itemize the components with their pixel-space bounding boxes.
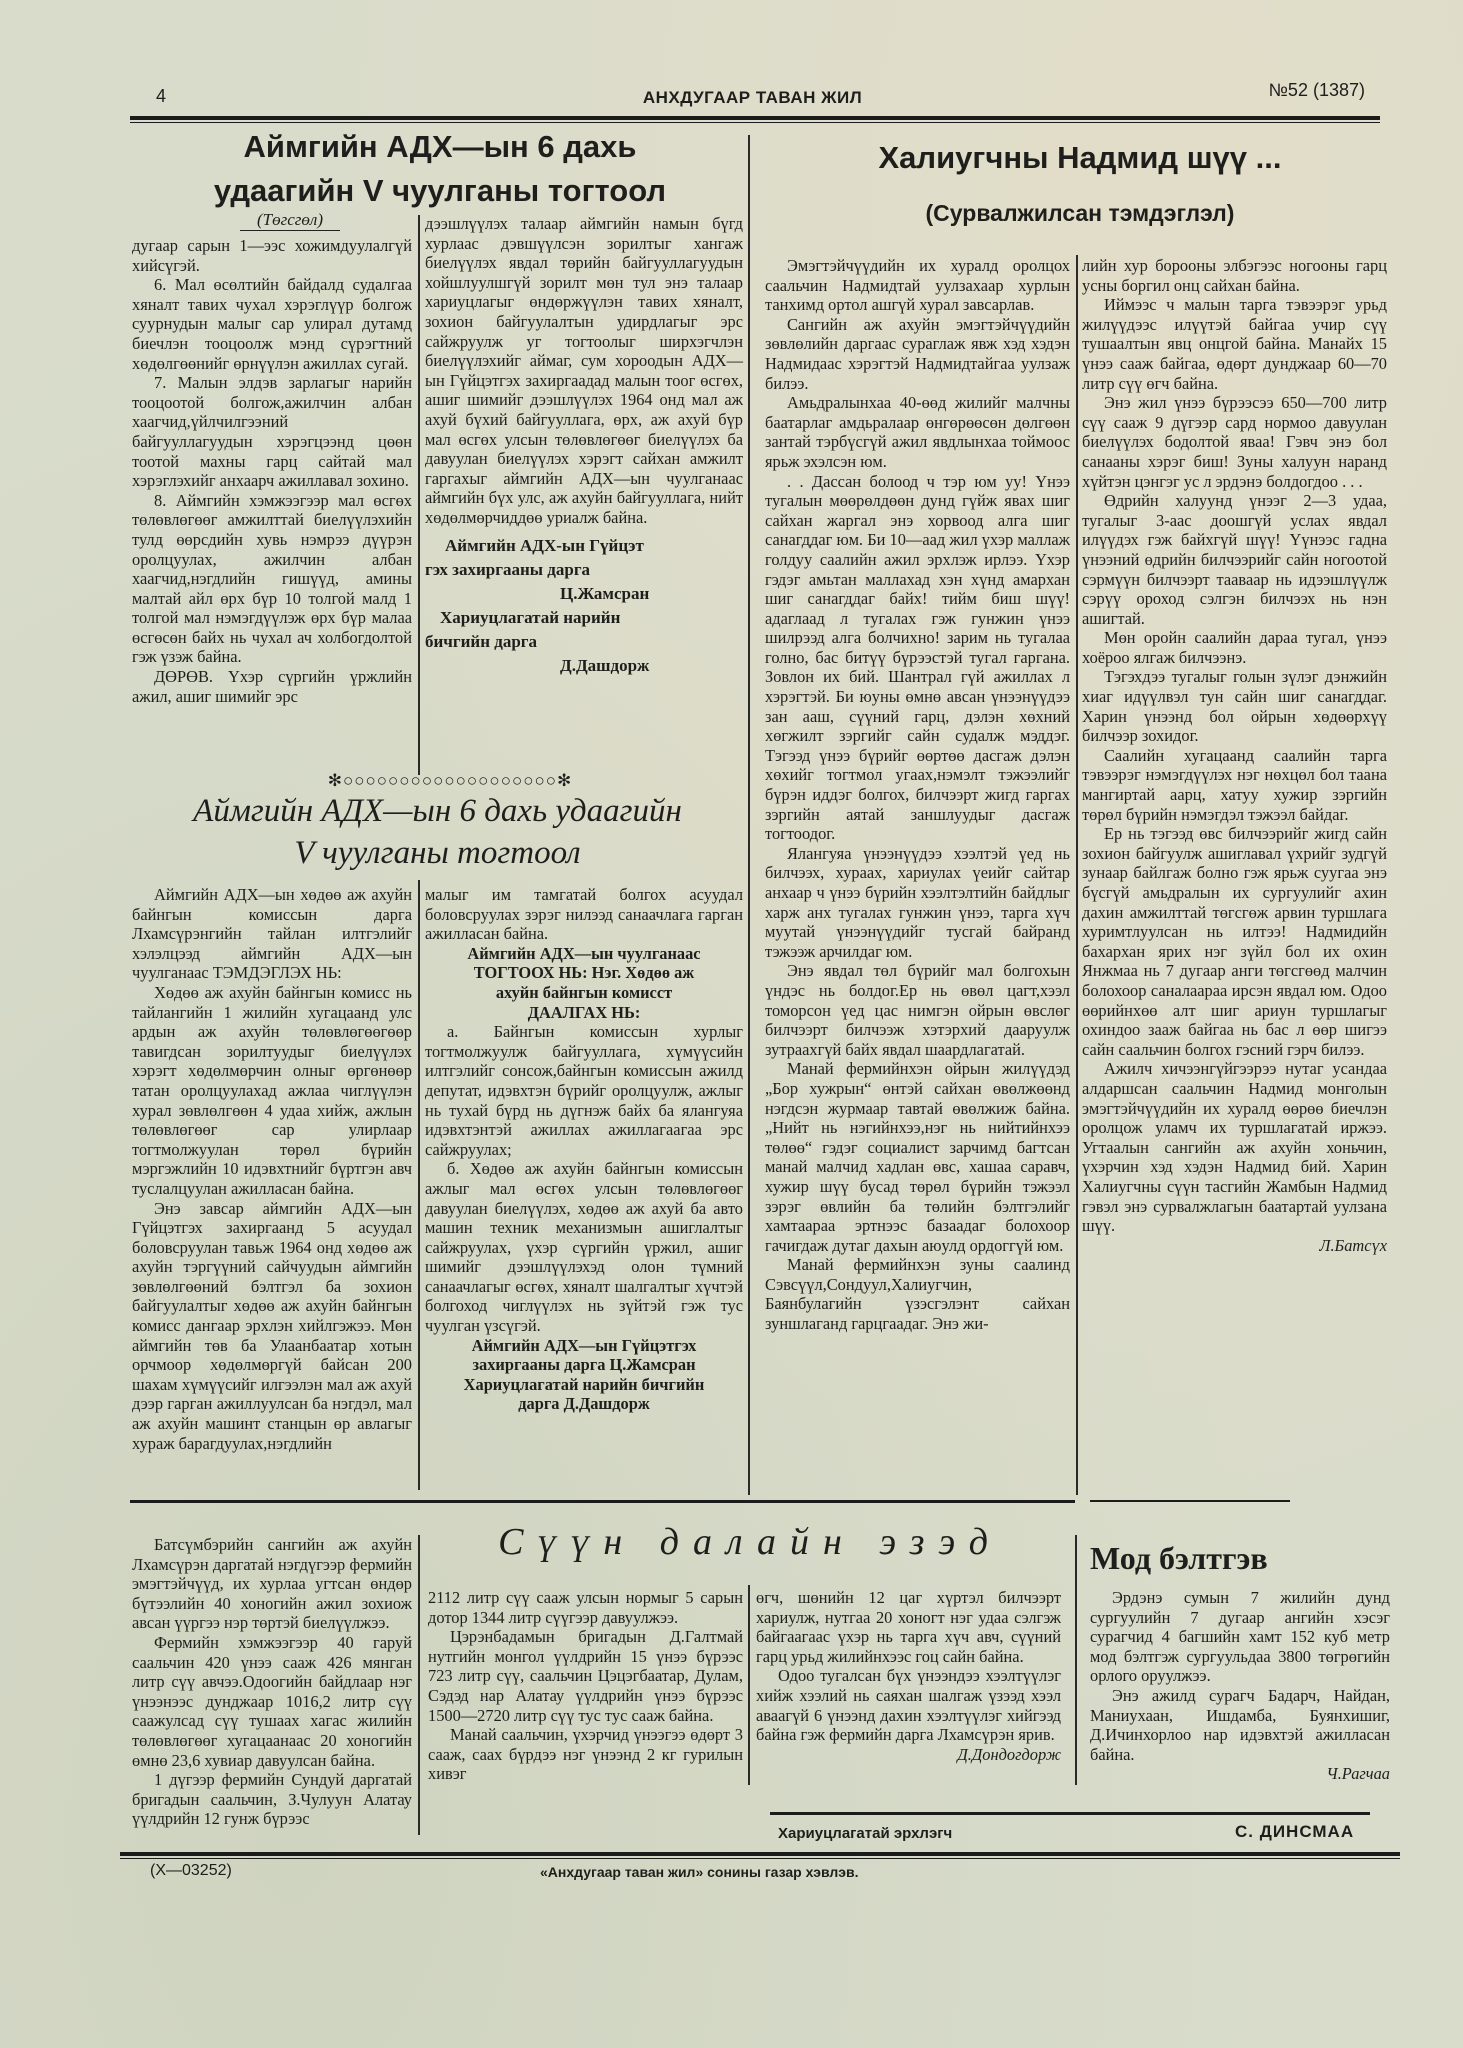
- article-column: 2112 литр сүү сааж улсын нормыг 5 сарын …: [428, 1588, 743, 1784]
- author-byline: Ч.Рагчаа: [1090, 1764, 1390, 1784]
- signature-name: Д.Дашдорж: [425, 654, 743, 678]
- issue-number: №52 (1387): [1269, 80, 1365, 101]
- title-line: удаагийн V чуулганы тогтоол: [135, 169, 745, 213]
- ornament-divider: ✻○○○○○○○○○○○○○○○○○○○✻: [260, 771, 640, 791]
- article-column: Эмэгтэйчүүдийн их хуралд оролцох саальчи…: [765, 256, 1070, 1334]
- signature-line: Аймгийн АДХ—ын Гүйцэтгэх: [425, 1336, 743, 1356]
- header-rule-thin: [130, 122, 1380, 123]
- signature-title: бичгийн дарга: [425, 630, 743, 654]
- heading-line: ДААЛГАХ НЬ:: [425, 1003, 743, 1023]
- newspaper-name: АНХДУГААР ТАВАН ЖИЛ: [140, 88, 1365, 108]
- signature-title: гэх захиргааны дарга: [425, 558, 743, 582]
- paragraph: Энэ завсар аймгийн АДХ—ын Гүйцэтгэх захи…: [132, 1199, 412, 1454]
- article-title: Халиугчны Надмид шүү ...: [760, 140, 1400, 176]
- paragraph: ДӨРӨВ. Үхэр сүргийн үржлийн ажил, ашиг ш…: [132, 667, 412, 706]
- paragraph: Манай фермийнхэн зуны саалинд Сэвсүүл,Со…: [765, 1255, 1070, 1333]
- signature-title: Хариуцлагатай нарийн: [425, 606, 743, 630]
- footer-rule-thin: [120, 1858, 1400, 1859]
- column-divider: [748, 1585, 750, 1785]
- paragraph: Одоо тугалсан бүх үнээндээ хээлтүүлэг хи…: [756, 1666, 1061, 1744]
- paragraph: Фермийн хэмжээгээр 40 гаруй саальчин 420…: [132, 1633, 412, 1770]
- paragraph: Тэгэхдээ тугалыг голын зүлэг дэнжийн хиа…: [1082, 667, 1387, 745]
- continuation-label: (Төгсгөл): [240, 210, 340, 231]
- article-subtitle: (Сурвалжилсан тэмдэглэл): [760, 200, 1400, 227]
- heading-line: ТОГТООХ НЬ: Нэг. Хөдөө аж: [425, 963, 743, 983]
- paragraph: Сангийн аж ахуйн эмэгтэйчүүдийн зөвлөлий…: [765, 315, 1070, 393]
- paragraph: Эмэгтэйчүүдийн их хуралд оролцох саальчи…: [765, 256, 1070, 315]
- article-column: өгч, шөнийн 12 цаг хүртэл билчээрт хариу…: [756, 1588, 1061, 1764]
- paragraph: Энэ жил үнээ бүрээсээ 650—700 литр сүү с…: [1082, 393, 1387, 491]
- section-rule: [1090, 1500, 1290, 1502]
- paragraph: өгч, шөнийн 12 цаг хүртэл билчээрт хариу…: [756, 1588, 1061, 1666]
- paragraph: Амьдралынхаа 40-өөд жилийг малчны баатар…: [765, 393, 1070, 471]
- signature-title: Аймгийн АДХ-ын Гүйцэт: [425, 534, 743, 558]
- article-column: лийн хур борооны элбэгээс ногооны гарц у…: [1082, 256, 1387, 1255]
- column-divider: [1076, 255, 1078, 1495]
- paragraph: Ер нь тэгээд өвс билчээрийг жигд сайн зо…: [1082, 824, 1387, 1059]
- heading-line: Аймгийн АДХ—ын чуулганаас: [425, 944, 743, 964]
- article-column: дугаар сарын 1—ээс хожимдуулалгүй хийсүг…: [132, 236, 412, 706]
- article-column: Эрдэнэ сумын 7 жилийн дунд сургуулийн 7 …: [1090, 1588, 1390, 1784]
- footer-rule: [120, 1852, 1400, 1856]
- signature-name: Ц.Жамсран: [425, 582, 743, 606]
- column-divider: [418, 1535, 420, 1835]
- signature-line: захиргааны дарга Ц.Жамсран: [425, 1355, 743, 1375]
- paragraph: Ажилч хичээнгүйгээрээ нутаг усандаа алда…: [1082, 1059, 1387, 1235]
- order-code: (Х—03252): [150, 1862, 232, 1880]
- editor-label: Хариуцлагатай эрхлэгч: [778, 1825, 952, 1842]
- article-column: Батсүмбэрийн сангийн аж ахуйн Лхамсүрэн …: [132, 1535, 412, 1829]
- article-column: малыг им тамгатай болгох асуудал боловср…: [425, 885, 743, 1414]
- paragraph: лийн хур борооны элбэгээс ногооны гарц у…: [1082, 256, 1387, 295]
- paragraph: Эрдэнэ сумын 7 жилийн дунд сургуулийн 7 …: [1090, 1588, 1390, 1686]
- section-rule: [130, 1500, 1075, 1503]
- paragraph: 1 дүгээр фермийн Сундуй даргатай бригады…: [132, 1770, 412, 1829]
- article-column: дээшлүүлэх талаар аймгийн намын бүгд хур…: [425, 214, 743, 678]
- paragraph: Энэ явдал төл бүрийг мал болгохын үндэс …: [765, 961, 1070, 1059]
- article-title: Сүүн далайн эзэд: [430, 1520, 1070, 1564]
- resolution-item: а. Байнгын комиссын хурлыг тогтмолжуулж …: [425, 1022, 743, 1159]
- paragraph: Аймгийн АДХ—ын хөдөө аж ахуйн байнгын ко…: [132, 885, 412, 983]
- paragraph: Манай саальчин, үхэрчид үнээгээ өдөрт 3 …: [428, 1725, 743, 1784]
- title-line: Аймгийн АДХ—ын 6 дахь удаагийн: [130, 790, 745, 832]
- header-rule: [130, 116, 1380, 120]
- paragraph: малыг им тамгатай болгох асуудал боловср…: [425, 885, 743, 944]
- paragraph: дугаар сарын 1—ээс хожимдуулалгүй хийсүг…: [132, 236, 412, 275]
- paragraph: 6. Мал өсөлтийн байдалд судалгаа хяналт …: [132, 275, 412, 373]
- heading-line: ахуйн байнгын комисст: [425, 983, 743, 1003]
- signature-block: Аймгийн АДХ—ын Гүйцэтгэх захиргааны дарг…: [425, 1336, 743, 1414]
- title-line: Аймгийн АДХ—ын 6 дахь: [135, 125, 745, 169]
- title-line: V чуулганы тогтоол: [130, 832, 745, 874]
- column-divider: [418, 215, 420, 775]
- paragraph: Мөн оройн саалийн дараа тугал, үнээ хоёр…: [1082, 628, 1387, 667]
- paragraph: Манай фермийнхэн ойрын жилүүдэд „Бор хуж…: [765, 1059, 1070, 1255]
- article-title: Мод бэлтгэв: [1090, 1540, 1370, 1577]
- column-divider: [418, 880, 420, 1490]
- article-title: Аймгийн АДХ—ын 6 дахь удаагийн V чуулган…: [135, 125, 745, 213]
- editor-rule: [770, 1812, 1370, 1815]
- paragraph: Иймээс ч малын тарга тэвээрэг урьд жилүү…: [1082, 295, 1387, 393]
- masthead: 4 АНХДУГААР ТАВАН ЖИЛ №52 (1387): [140, 80, 1365, 114]
- signature-block: Аймгийн АДХ-ын Гүйцэт гэх захиргааны дар…: [425, 534, 743, 678]
- paragraph: Энэ ажилд сурагч Бадарч, Найдан, Маниуха…: [1090, 1686, 1390, 1764]
- column-divider: [748, 135, 750, 1495]
- paragraph: Ялангуяа үнээнүүдээ хээлтэй үед нь билчэ…: [765, 844, 1070, 962]
- printer-credit: «Анхдугаар таван жил» сонины газар хэвлэ…: [540, 1864, 859, 1880]
- paragraph: Цэрэнбадамын бригадын Д.Галтмай нутгийн …: [428, 1627, 743, 1725]
- paragraph: 2112 литр сүү сааж улсын нормыг 5 сарын …: [428, 1588, 743, 1627]
- column-divider: [1075, 1535, 1077, 1785]
- resolution-item: б. Хөдөө аж ахуйн байнгын комиссын ажлыг…: [425, 1159, 743, 1335]
- paragraph: 8. Аймгийн хэмжээгээр мал өсгөх төлөвлөг…: [132, 491, 412, 667]
- signature-line: дарга Д.Дашдорж: [425, 1394, 743, 1414]
- resolution-heading: Аймгийн АДХ—ын чуулганаас ТОГТООХ НЬ: Нэ…: [425, 944, 743, 1022]
- paragraph: Хөдөө аж ахуйн байнгын комисс нь тайланг…: [132, 983, 412, 1199]
- paragraph: Саалийн хугацаанд саалийн тарга тэвээрэг…: [1082, 746, 1387, 824]
- paragraph: Өдрийн халуунд үнээг 2—3 удаа, тугалыг 3…: [1082, 491, 1387, 628]
- signature-line: Хариуцлагатай нарийн бичгийн: [425, 1375, 743, 1395]
- author-byline: Л.Батсүх: [1082, 1236, 1387, 1256]
- article-title: Аймгийн АДХ—ын 6 дахь удаагийн V чуулган…: [130, 790, 745, 874]
- author-byline: Д.Дондогдорж: [756, 1745, 1061, 1765]
- paragraph: дээшлүүлэх талаар аймгийн намын бүгд хур…: [425, 214, 743, 528]
- article-column: Аймгийн АДХ—ын хөдөө аж ахуйн байнгын ко…: [132, 885, 412, 1453]
- paragraph: . . Дассан болоод ч тэр юм уу! Үнээ туга…: [765, 472, 1070, 844]
- paragraph: Батсүмбэрийн сангийн аж ахуйн Лхамсүрэн …: [132, 1535, 412, 1633]
- paragraph: 7. Малын элдэв зарлагыг нарийн тооцоотой…: [132, 373, 412, 491]
- editor-name: С. ДИНСМАА: [1235, 1822, 1354, 1842]
